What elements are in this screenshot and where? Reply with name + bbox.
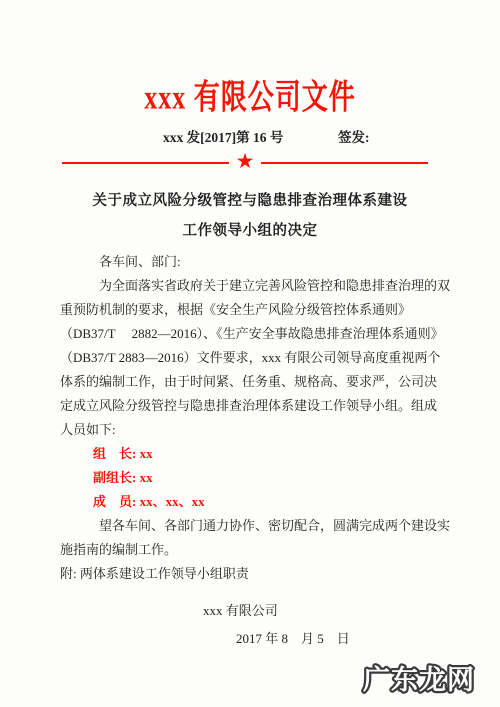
body-line: 体系的编制工作，由于时间紧、任务重、规格高、要求严，公司决 xyxy=(60,370,442,394)
leader-line: 组 长: xx xyxy=(60,442,442,466)
body-line: （DB37/T 2883—2016）文件要求，xxx 有限公司领导高度重视两个 xyxy=(60,346,442,370)
document-title-line1: 关于成立风险分级管控与隐患排查治理体系建设 xyxy=(0,186,500,216)
issuer-label: 签发: xyxy=(338,126,370,146)
body-line: 施指南的编制工作。 xyxy=(60,538,442,562)
body-line: 为全面落实省政府关于建立完善风险管控和隐患排查治理的双 xyxy=(60,274,442,298)
signature-company: xxx 有限公司 xyxy=(203,600,278,619)
document-title: 关于成立风险分级管控与隐患排查治理体系建设 工作领导小组的决定 xyxy=(0,186,500,246)
letterhead-title: xxx 有限公司文件 xyxy=(0,70,500,119)
document-page: xxx 有限公司文件 xxx 发[2017]第 16 号 签发: ★ 关于成立风… xyxy=(0,0,500,707)
body-line: 定成立风险分级管控与隐患排查治理体系建设工作领导小组。组成 xyxy=(60,394,442,418)
attachment-line: 附: 两体系建设工作领导小组职责 xyxy=(60,562,442,586)
salutation-line: 各车间、部门: xyxy=(60,250,442,274)
star-icon: ★ xyxy=(229,151,262,172)
divider-line-right xyxy=(261,162,428,164)
deputy-leader-line: 副组长: xx xyxy=(60,466,442,490)
document-title-line2: 工作领导小组的决定 xyxy=(0,216,500,246)
body-line: 望各车间、各部门通力协作、密切配合，圆满完成两个建设实 xyxy=(60,514,442,538)
watermark-text: 广东龙网 xyxy=(363,665,475,695)
watermark-logo: 广东龙网 xyxy=(353,656,485,702)
body-line: 人员如下: xyxy=(60,418,442,442)
signature-date: 2017 年 8 月 5 日 xyxy=(236,628,350,647)
document-number: xxx 发[2017]第 16 号 xyxy=(163,126,283,146)
divider-line-left xyxy=(62,162,229,164)
document-body: 各车间、部门: 为全面落实省政府关于建立完善风险管控和隐患排查治理的双 重预防机… xyxy=(60,250,442,586)
body-line: 重预防机制的要求，根据《安全生产风险分级管控体系通则》 xyxy=(60,298,442,322)
body-line: （DB37/T 2882—2016）、《生产安全事故隐患排查治理体系通则》 xyxy=(60,322,442,346)
members-line: 成 员: xx、xx、xx xyxy=(60,490,442,514)
red-divider: ★ xyxy=(62,152,428,174)
